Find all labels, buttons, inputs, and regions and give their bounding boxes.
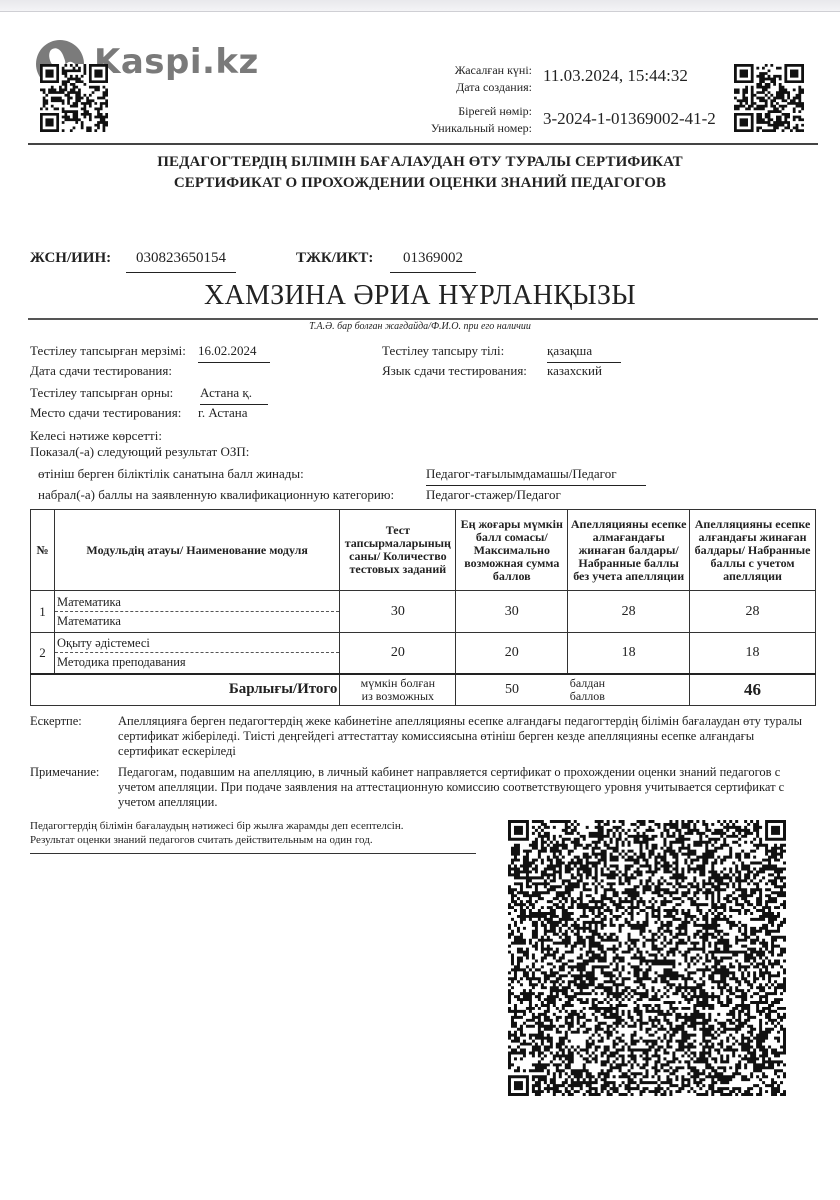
table-header-row: № Модульдің атауы/ Наименование модуля Т… [31, 510, 816, 591]
test-date-label-ru: Дата сдачи тестирования: [30, 363, 172, 379]
category-value-ru: Педагог-стажер/Педагог [426, 487, 561, 503]
certificate-title-kz: ПЕДАГОГТЕРДІҢ БІЛІМІН БАҒАЛАУДАН ӨТУ ТУР… [0, 154, 840, 171]
category-label-ru: набрал(-а) баллы на заявленную квалифика… [38, 487, 394, 503]
header-number: № [31, 510, 55, 591]
note-text-ru: Педагогам, подавшим на апелляцию, в личн… [118, 765, 818, 810]
viewer-top-bar [0, 0, 840, 12]
test-place-label-kz: Тестілеу тапсырған орны: [30, 385, 173, 401]
total-points-label: балдан баллов [568, 674, 690, 706]
header-score-with-appeal: Апелляцияны есепке алғандағы жинаған бал… [690, 510, 816, 591]
module-cell: Оқыту әдістемесі Методика преподавания [54, 633, 339, 674]
note-text-kz: Апелляцияға берген педагогтердің жеке ка… [118, 714, 818, 759]
test-lang-label-ru: Язык сдачи тестирования: [382, 363, 527, 379]
score-with-appeal: 28 [690, 591, 816, 633]
full-name: ХАМЗИНА ӘРИА НҰРЛАНҚЫЗЫ [0, 280, 840, 312]
total-score: 46 [690, 674, 816, 706]
qr-code-icon [508, 820, 786, 1096]
header-divider [28, 143, 818, 145]
header-module: Модульдің атауы/ Наименование модуля [54, 510, 339, 591]
module-name-kz: Математика [55, 593, 339, 612]
test-lang-value-kz: қазақша [547, 343, 621, 363]
total-max-score: 50 [456, 674, 568, 706]
ikt-value: 01369002 [390, 250, 476, 273]
created-date-value: 11.03.2024, 15:44:32 [543, 66, 688, 86]
test-place-label-ru: Место сдачи тестирования: [30, 405, 181, 421]
note-label-kz: Ескертпе: [30, 714, 82, 729]
name-caption: Т.А.Ә. бар болған жағдайда/Ф.И.О. при ег… [0, 321, 840, 332]
row-number: 1 [31, 591, 55, 633]
validity-kz: Педагогтердің білімін бағалаудың нәтижес… [30, 819, 403, 833]
header-score-without-appeal: Апелляцияны есепке алмағандағы жинаған б… [568, 510, 690, 591]
unique-number-label: Бірегей нөмір: Уникальный номер: [420, 103, 532, 137]
unique-number-value: 3-2024-1-01369002-41-2 [543, 109, 716, 129]
validity-ru: Результат оценки знаний педагогов считат… [30, 833, 403, 847]
test-date-label-kz: Тестілеу тапсырған мерзімі: [30, 343, 186, 359]
score-without-appeal: 28 [568, 591, 690, 633]
module-name-ru: Математика [55, 612, 339, 630]
test-lang-label-kz: Тестілеу тапсыру тілі: [382, 343, 504, 359]
table-row: 1 Математика Математика 30 30 28 28 [31, 591, 816, 633]
iin-value: 030823650154 [126, 250, 236, 273]
category-label-kz: өтініш берген біліктілік санатына балл ж… [38, 466, 304, 482]
row-number: 2 [31, 633, 55, 674]
name-divider [28, 318, 818, 320]
header-max-score: Ең жоғары мүмкін балл сомасы/ Максимальн… [456, 510, 568, 591]
validity-divider [30, 853, 476, 854]
total-possible-label: мүмкін болған из возможных [340, 674, 456, 706]
results-table: № Модульдің атауы/ Наименование модуля Т… [30, 509, 816, 706]
score-without-appeal: 18 [568, 633, 690, 674]
table-row: 2 Оқыту әдістемесі Методика преподавания… [31, 633, 816, 674]
tasks-count: 20 [340, 633, 456, 674]
brand-name: Kaspi.kz [94, 42, 259, 82]
result-intro-kz: Келесі нәтиже көрсетті: [30, 428, 162, 444]
max-score: 30 [456, 591, 568, 633]
test-place-value-kz: Астана қ. [200, 385, 268, 405]
test-place-value-ru: г. Астана [198, 405, 248, 421]
table-total-row: Барлығы/Итого мүмкін болған из возможных… [31, 674, 816, 706]
qr-code-icon [40, 64, 108, 132]
total-label: Барлығы/Итого [31, 674, 340, 706]
result-intro-ru: Показал(-а) следующий результат ОЗП: [30, 444, 249, 460]
note-label-ru: Примечание: [30, 765, 99, 780]
module-cell: Математика Математика [54, 591, 339, 633]
qr-code-icon [734, 64, 804, 132]
created-date-label: Жасалған күні: Дата создания: [420, 62, 532, 96]
test-lang-value-ru: казахский [547, 363, 602, 379]
ikt-label: ТЖК/ИКТ: [296, 250, 373, 267]
module-name-kz: Оқыту әдістемесі [55, 634, 339, 653]
header-tasks: Тест тапсырмаларының саны/ Количество те… [340, 510, 456, 591]
max-score: 20 [456, 633, 568, 674]
score-with-appeal: 18 [690, 633, 816, 674]
iin-label: ЖСН/ИИН: [30, 250, 111, 267]
module-name-ru: Методика преподавания [55, 653, 339, 671]
test-date-value: 16.02.2024 [198, 343, 270, 363]
validity-statement: Педагогтердің білімін бағалаудың нәтижес… [30, 819, 403, 847]
tasks-count: 30 [340, 591, 456, 633]
certificate-title-ru: СЕРТИФИКАТ О ПРОХОЖДЕНИИ ОЦЕНКИ ЗНАНИЙ П… [0, 175, 840, 192]
category-value-kz: Педагог-тағылымдамашы/Педагог [426, 466, 646, 486]
